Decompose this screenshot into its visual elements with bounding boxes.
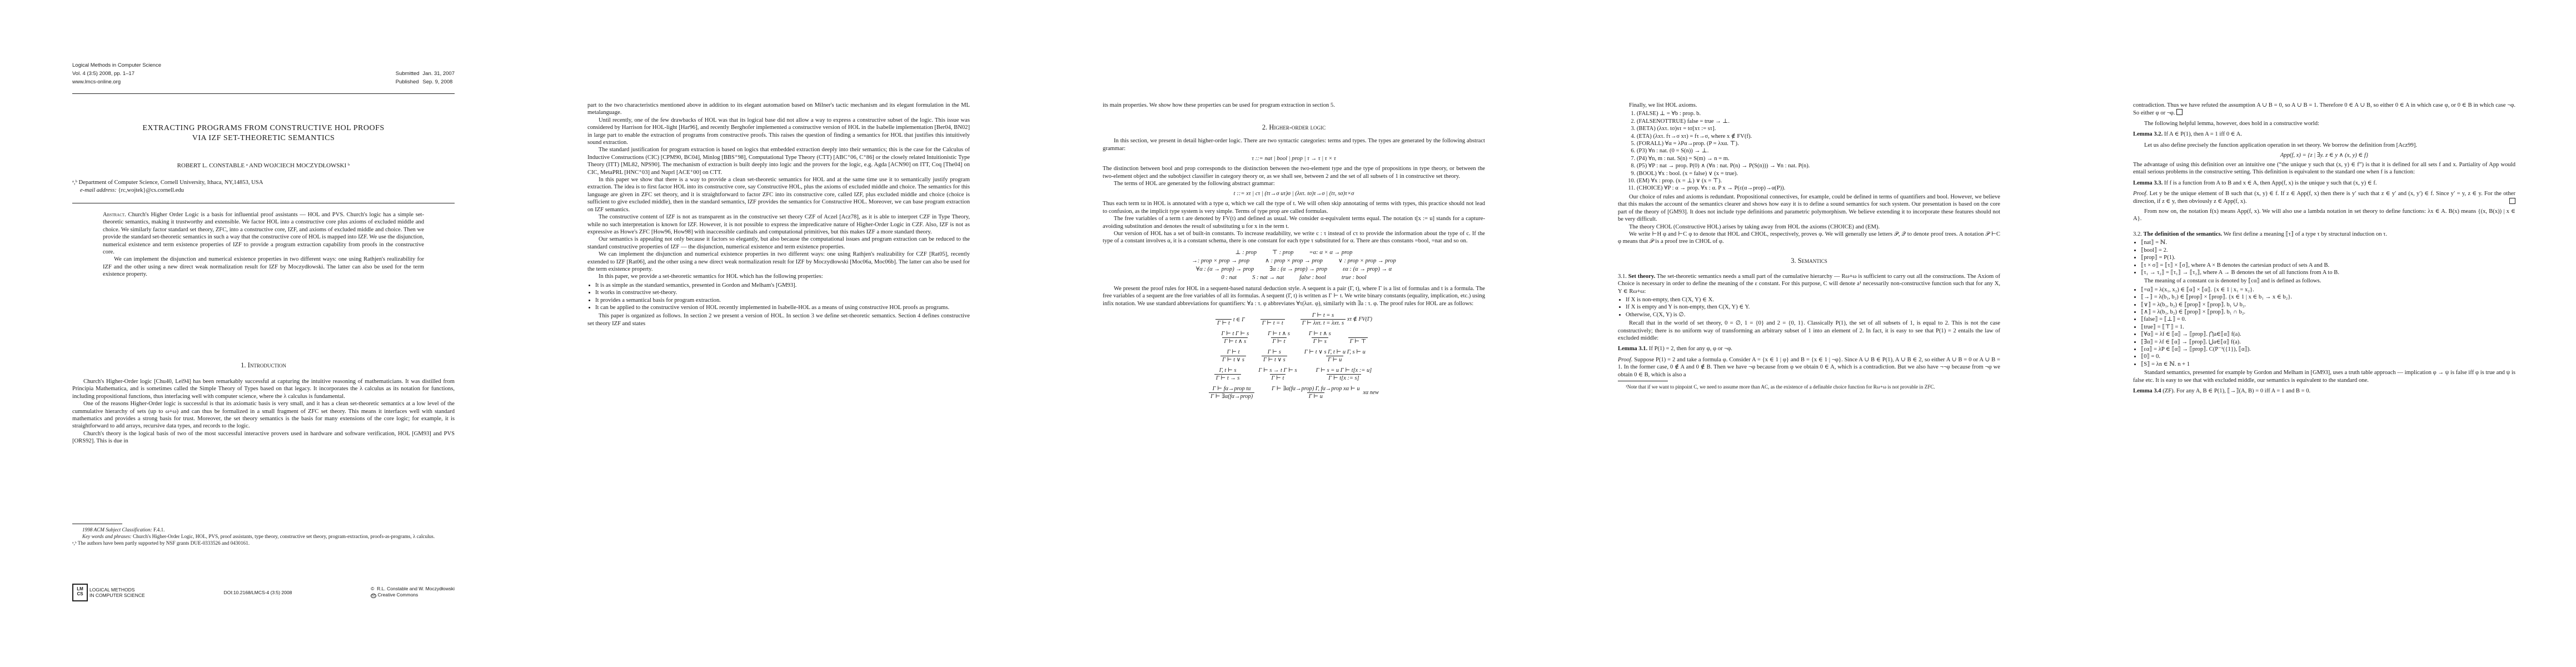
submitted-label: Submitted: [396, 69, 421, 78]
page-2: part to the two characteristics mentione…: [515, 0, 1030, 667]
paragraph: We present the proof rules for HOL in a …: [1103, 285, 1485, 307]
list-item: ⟦false⟧ = ⟦⊥⟧ = 0.: [2141, 316, 2515, 323]
paragraph: We write ⊢H φ and ⊢C φ to denote that HO…: [1618, 231, 2000, 246]
journal-name: Logical Methods in Computer Science: [72, 61, 455, 69]
paragraph: The constructive content of IZF is not a…: [587, 213, 970, 236]
published-label: Published: [396, 78, 421, 86]
proof-text: Suppose P(1) = 2 and take a formula φ. C…: [1618, 357, 2000, 378]
lemma-label: Lemma 3.1.: [1618, 346, 1647, 352]
journal-header: Logical Methods in Computer Science Vol.…: [72, 61, 455, 86]
footer-journal-line-1: LOGICAL METHODS: [89, 587, 145, 593]
abstract-rule: [72, 203, 455, 203]
paragraph: Let us also define precisely the functio…: [2133, 142, 2515, 149]
header-rule: [72, 93, 455, 94]
paragraph: The meaning of a constant cα is denoted …: [2133, 277, 2515, 285]
proof-label: Proof.: [2133, 191, 2148, 197]
subsection-number: 3.1.: [1618, 273, 1627, 280]
paragraph: The set-theoretic semantics needs a smal…: [1618, 273, 2000, 295]
list-item: ⟦τ × σ⟧ = ⟦τ⟧ × ⟦σ⟧, where A × B denotes…: [2141, 262, 2515, 269]
list-item: ⟦εα⟧ = λP ∈ ⟦α⟧ → ⟦prop⟧. C(P⁻¹({1}), ⟦α…: [2141, 346, 2515, 353]
subsection-number: 3.2.: [2133, 231, 2142, 237]
constant: ∧ : prop × prop → prop: [1265, 258, 1323, 264]
paragraph: Until recently, one of the few drawbacks…: [587, 117, 970, 147]
list-item: ⟦bool⟧ = 2.: [2141, 247, 2515, 254]
rule-and-elim-left: Γ ⊢ t ∧ sΓ ⊢ t: [1266, 330, 1292, 345]
axiom: (BETA) (λxτ. tσ)sτ = tσ[xτ := sτ].: [1637, 125, 2000, 132]
axiom: (FALSE) ⊥ = ∀b : prop. b.: [1637, 110, 2000, 117]
axiom: (P4) ∀n, m : nat. S(n) = S(m) → n = m.: [1637, 155, 2000, 162]
list-item: Otherwise, C(X, Y) is ∅.: [1626, 311, 2000, 318]
paragraph: From now on, the notation f(x) means App…: [2133, 208, 2515, 223]
page-footer: LM CS LOGICAL METHODS IN COMPUTER SCIENC…: [72, 584, 455, 601]
axiom: (EM) ∀x : prop. (x = ⊥) ∨ (x = ⊤).: [1637, 177, 2000, 185]
acm-label: 1998 ACM Subject Classification:: [82, 527, 152, 532]
list-item: If X is non-empty, then C(X, Y) ∈ X.: [1626, 296, 2000, 303]
paragraph: We first define a meaning ⟦τ⟧ of a type …: [2224, 231, 2388, 237]
paragraph: One of the reasons Higher-Order logic is…: [72, 400, 455, 430]
paragraph: The standard justification for program e…: [587, 146, 970, 176]
paragraph: Recall that in the world of set theory, …: [1618, 320, 2000, 342]
rule-row: Γ ⊢ tΓ ⊢ t ∨ s Γ ⊢ sΓ ⊢ t ∨ s Γ ⊢ t ∨ s …: [1220, 349, 1367, 364]
qed-icon: [2509, 198, 2515, 204]
rule-exists-elim: Γ ⊢ ∃α(fα→prop) Γ, fα→prop xα ⊢ uΓ ⊢ u: [1270, 385, 1361, 400]
paragraph: The free variables of a term t are denot…: [1103, 215, 1485, 230]
lemma-argument: (ZF).: [2163, 388, 2175, 394]
rule-or-intro-left: Γ ⊢ tΓ ⊢ t ∨ s: [1220, 349, 1246, 364]
list-item: ⟦true⟧ = ⟦⊤⟧ = 1.: [2141, 323, 2515, 331]
page-4: Finally, we list HOL axioms. (FALSE) ⊥ =…: [1546, 0, 2061, 667]
keywords-value: Church's Higher-Order Logic, HOL, PVS, p…: [133, 534, 435, 539]
paragraph: The advantage of using this definition o…: [2133, 161, 2515, 176]
submitted-date: Jan. 31, 2007: [422, 71, 455, 77]
page-4-body: Finally, we list HOL axioms. (FALSE) ⊥ =…: [1618, 102, 2000, 390]
subsection-title: The definition of the semantics.: [2144, 231, 2223, 237]
lemma-text: If A ∈ P(1), then A = 1 iff 0 ∈ A.: [2164, 131, 2242, 137]
rule-row: Γ, t ⊢ sΓ ⊢ t → s Γ ⊢ s → t Γ ⊢ sΓ ⊢ t Γ…: [1214, 367, 1373, 382]
footnote-rule: [72, 524, 122, 524]
constants-table: ⊥ : prop⊤ : prop=α: α × α → prop →: prop…: [1103, 248, 1485, 282]
copyright-holders: R.L. Constable and W. Moczydłowski: [377, 586, 455, 591]
section-heading: 2. Higher-order logic: [1103, 123, 1485, 132]
list-item: ⟦S⟧ = λn ∈ ℕ. n + 1: [2141, 361, 2515, 368]
paragraph: We can implement the disjunction and num…: [587, 251, 970, 273]
license[interactable]: Creative Commons: [378, 592, 418, 598]
list-item: ⟦→⟧ = λ(b₁, b₂) ∈ ⟦prop⟧ × ⟦prop⟧. {x ∈ …: [2141, 293, 2515, 301]
paragraph: The terms of HOL are generated by the fo…: [1103, 180, 1485, 187]
dates: Submitted Jan. 31, 2007 Published Sep. 9…: [396, 69, 455, 86]
abstract-text: Church's Higher Order Logic is a basis f…: [103, 212, 424, 255]
constant-meaning-list: ⟦=α⟧ = λ(x₁, x₂) ∈ ⟦α⟧ × ⟦α⟧. {x ∈ 1 | x…: [2133, 286, 2515, 368]
title-line-2: VIA IZF SET-THEORETIC SEMANTICS: [72, 133, 455, 143]
list-item: It works in constructive set-theory.: [595, 289, 970, 296]
list-item: It is as simple as the standard semantic…: [595, 282, 970, 289]
constant: =α: α × α → prop: [1309, 250, 1352, 256]
lemma-text: For any A, B ∈ P(1), ⟦→⟧(A, B) = 0 iff A…: [2176, 388, 2310, 394]
list-item: ⟦=α⟧ = λ(x₁, x₂) ∈ ⟦α⟧ × ⟦α⟧. {x ∈ 1 | x…: [2141, 286, 2515, 293]
axiom: (CHOICE) ∀P : α → prop. ∀x : α. P x → P(…: [1637, 185, 2000, 192]
published-date: Sep. 9, 2008: [422, 79, 452, 85]
section-heading: 3. Semantics: [1618, 257, 2000, 265]
creative-commons-icon: cc: [371, 594, 376, 598]
page-3-body: its main properties. We show how these p…: [1103, 102, 1485, 400]
axiom: (FALSENOTTRUE) false = true → ⊥.: [1637, 118, 2000, 125]
footnote-text: ¹Note that if we want to pinpoint C, we …: [1618, 384, 2000, 390]
copyright-icon: ©: [371, 586, 374, 591]
list-item: ⟦∀α⟧ = λf ∈ ⟦α⟧ → ⟦prop⟧. ⋂a∈⟦α⟧ f(a).: [2141, 331, 2515, 338]
paragraph: The distinction between bool and prop co…: [1103, 165, 1485, 180]
paragraph: Standard semantics, presented for exampl…: [2133, 369, 2515, 384]
axiom: (ETA) (λxτ. fτ→σ xτ) = fτ→σ, where x ∉ F…: [1637, 133, 2000, 140]
axiom: (P3) ∀n : nat. (0 = S(n)) → ⊥.: [1637, 147, 2000, 155]
constant: ⊥ : prop: [1235, 250, 1257, 256]
constant: 0 : nat: [1221, 275, 1237, 281]
page-1: Logical Methods in Computer Science Vol.…: [0, 0, 515, 667]
affiliation: ᵃ,ᵇ Department of Computer Science, Corn…: [72, 179, 455, 187]
paper-title: EXTRACTING PROGRAMS FROM CONSTRUCTIVE HO…: [72, 123, 455, 143]
rule-imp-intro: Γ, t ⊢ sΓ ⊢ t → s: [1214, 367, 1242, 382]
rule-substitution: Γ ⊢ s = u Γ ⊢ t[x := u]Γ ⊢ t[x := s]: [1314, 367, 1374, 382]
paragraph: The theory CHOL (Constructive HOL) arise…: [1618, 223, 2000, 231]
abstract-text-2: We can implement the disjunction and num…: [103, 256, 424, 278]
lemma-text: If P(1) = 2, then for any φ, φ or ¬φ.: [1649, 346, 1732, 352]
paragraph: In this paper we show that there is a wa…: [587, 176, 970, 213]
constant: ∃α : (α → prop) → prop: [1269, 266, 1327, 272]
axiom: (FORALL) ∀α = λPα→prop. (P = λxα. ⊤).: [1637, 140, 2000, 147]
paragraph: Church's theory is the logical basis of …: [72, 430, 455, 445]
page-3: its main properties. We show how these p…: [1030, 0, 1546, 667]
paragraph: Our choice of rules and axioms is redund…: [1618, 193, 2000, 223]
list-item: If X is empty and Y is non-empty, then C…: [1626, 303, 2000, 311]
lemma-text: If f is a function from A to B and x ∈ A…: [2164, 180, 2377, 186]
page-5-body: contradiction. Thus we have refuted the …: [2133, 102, 2515, 395]
paragraph: Finally, we list HOL axioms.: [1618, 102, 2000, 109]
lmcs-logo-icon: LM CS: [72, 584, 88, 601]
terms-grammar: t ::= xτ | cτ | (tτ→σ uτ)σ | (λxτ. tσ)τ→…: [1103, 191, 1485, 197]
constant: →: prop × prop → prop: [1192, 258, 1249, 264]
footnotes: 1998 ACM Subject Classification: F.4.1. …: [72, 521, 455, 546]
rule-top-intro: Γ ⊢ ⊤: [1348, 331, 1368, 345]
axiom: (P5) ∀P : nat → prop. P(0) ∧ (∀n : nat. …: [1637, 162, 2000, 170]
abstract: Abstract. Church's Higher Order Logic is…: [72, 211, 455, 278]
paragraph: contradiction. Thus we have refuted the …: [2133, 102, 2515, 116]
rule-or-elim: Γ ⊢ t ∨ s Γ, t ⊢ u Γ, s ⊢ uΓ ⊢ u: [1303, 349, 1367, 364]
footnote-rule: [1618, 381, 1668, 381]
paragraph: its main properties. We show how these p…: [1103, 102, 1485, 109]
constant: ∨ : prop × prop → prop: [1338, 258, 1396, 264]
introduction: Church's Higher-Order logic [Chu40, Lei9…: [72, 378, 455, 445]
rule-reflexivity: Γ ⊢ t = t: [1260, 312, 1285, 327]
lemma-label: Lemma 3.4: [2133, 388, 2161, 394]
rule-exists-intro: Γ ⊢ fα→prop tαΓ ⊢ ∃α(fα→prop): [1209, 385, 1254, 400]
list-item: ⟦∧⟧ = λ(b₁, b₂) ∈ ⟦prop⟧ × ⟦prop⟧. b₁ ∩ …: [2141, 308, 2515, 316]
proof-label: Proof.: [1618, 357, 1632, 363]
title-line-1: EXTRACTING PROGRAMS FROM CONSTRUCTIVE HO…: [72, 123, 455, 133]
constant: S : nat → nat: [1252, 275, 1284, 281]
rule-row: Γ ⊢ t Γ ⊢ sΓ ⊢ t ∧ s Γ ⊢ t ∧ sΓ ⊢ t Γ ⊢ …: [1220, 330, 1368, 345]
keywords-label: Key words and phrases:: [82, 534, 132, 539]
list-item: It can be applied to the constructive ve…: [595, 304, 970, 311]
types-grammar: τ ::= nat | bool | prop | τ → τ | τ × τ: [1103, 156, 1485, 162]
rule-assumption: Γ ⊢ t: [1215, 312, 1232, 327]
list-item: ⟦τ₁ → τ₂⟧ = ⟦τ₁⟧ → ⟦τ₂⟧, where A → B den…: [2141, 269, 2515, 276]
email-label: e-mail address:: [80, 187, 117, 193]
proof-text: Let y be the unique element of B such th…: [2133, 191, 2515, 204]
paragraph: Church's Higher-Order logic [Chu40, Lei9…: [72, 378, 455, 400]
list-item: ⟦∃α⟧ = λf ∈ ⟦α⟧ → ⟦prop⟧. ⋃a∈⟦α⟧ f(a).: [2141, 339, 2515, 346]
rule-imp-elim: Γ ⊢ s → t Γ ⊢ sΓ ⊢ t: [1257, 367, 1298, 382]
abstract-label: Abstract.: [103, 212, 126, 218]
authors: ROBERT L. CONSTABLE ᵃ AND WOJCIECH MOCZY…: [72, 162, 455, 169]
rule-and-elim-right: Γ ⊢ t ∧ sΓ ⊢ s: [1307, 330, 1333, 345]
section-heading: 1. Introduction: [72, 361, 455, 370]
type-meaning-list: ⟦nat⟧ = ℕ. ⟦bool⟧ = 2. ⟦prop⟧ = P(1). ⟦τ…: [2133, 239, 2515, 276]
lemma-label: Lemma 3.3.: [2133, 180, 2163, 186]
axiom: (BOOL) ∀x : bool. (x = false) ∨ (x = tru…: [1637, 170, 2000, 177]
choice-function-list: If X is non-empty, then C(X, Y) ∈ X. If …: [1618, 296, 2000, 318]
app-definition: App(f, x) = {z | ∃y. z ∈ y ∧ (x, y) ∈ f}: [2133, 152, 2515, 158]
constant: ∀α : (α → prop) → prop: [1196, 266, 1254, 272]
rule-and-intro: Γ ⊢ t Γ ⊢ sΓ ⊢ t ∧ s: [1220, 330, 1251, 345]
axioms-list: (FALSE) ⊥ = ∀b : prop. b. (FALSENOTTRUE)…: [1618, 110, 2000, 192]
constant: ⊤ : prop: [1272, 250, 1293, 256]
paragraph: The following helpful lemma, however, do…: [2133, 120, 2515, 127]
paragraph: This paper is organized as follows. In s…: [587, 312, 970, 327]
constant: true : bool: [1342, 275, 1367, 281]
subsection-title: Set theory.: [1628, 273, 1655, 280]
paragraph: Our semantics is appealing not only beca…: [587, 236, 970, 251]
affiliation-block: ᵃ,ᵇ Department of Computer Science, Corn…: [72, 179, 455, 195]
grant-note: ᵃ,ᵇ The authors have been partly support…: [72, 540, 455, 546]
list-item: ⟦nat⟧ = ℕ.: [2141, 239, 2515, 246]
paragraph: Thus each term tα in HOL is annotated wi…: [1103, 200, 1485, 215]
qed-icon: [2176, 109, 2183, 115]
doi[interactable]: DOI:10.2168/LMCS-4 (3:5) 2008: [223, 590, 292, 595]
list-item: It provides a semantical basis for progr…: [595, 297, 970, 304]
paragraph: part to the two characteristics mentione…: [587, 102, 970, 117]
list-item: ⟦∨⟧ = λ(b₁, b₂) ∈ ⟦prop⟧ × ⟦prop⟧. b₁ ∪ …: [2141, 301, 2515, 308]
rule-lambda-congruence: Γ ⊢ t = sΓ ⊢ λxτ. t = λxτ. s: [1301, 312, 1346, 327]
acm-value: F.4.1.: [153, 527, 165, 532]
proof-rules: Γ ⊢ tt ∈ Γ Γ ⊢ t = t Γ ⊢ t = sΓ ⊢ λxτ. t…: [1103, 312, 1485, 400]
footnote: ¹Note that if we want to pinpoint C, we …: [1618, 381, 2000, 390]
rule-row: Γ ⊢ tt ∈ Γ Γ ⊢ t = t Γ ⊢ t = sΓ ⊢ λxτ. t…: [1215, 312, 1372, 327]
footer-journal-line-2: IN COMPUTER SCIENCE: [89, 593, 145, 598]
constant: false : bool: [1299, 275, 1326, 281]
lemma-label: Lemma 3.2.: [2133, 131, 2163, 137]
page-5: contradiction. Thus we have refuted the …: [2061, 0, 2576, 667]
paragraph: In this section, we present in detail hi…: [1103, 137, 1485, 152]
page-2-body: part to the two characteristics mentione…: [587, 102, 970, 327]
paragraph: In this paper, we provide a set-theoreti…: [587, 273, 970, 280]
list-item: ⟦0⟧ = 0.: [2141, 353, 2515, 360]
properties-list: It is as simple as the standard semantic…: [587, 282, 970, 312]
constant: εα : (α → prop) → α: [1343, 266, 1392, 272]
email[interactable]: {rc,wojtek}@cs.cornell.edu: [118, 187, 183, 193]
rule-row: Γ ⊢ fα→prop tαΓ ⊢ ∃α(fα→prop) Γ ⊢ ∃α(fα→…: [1209, 385, 1379, 400]
list-item: ⟦prop⟧ = P(1).: [2141, 254, 2515, 261]
rule-or-intro-right: Γ ⊢ sΓ ⊢ t ∨ s: [1262, 349, 1287, 364]
paragraph: Our version of HOL has a set of built-in…: [1103, 230, 1485, 245]
